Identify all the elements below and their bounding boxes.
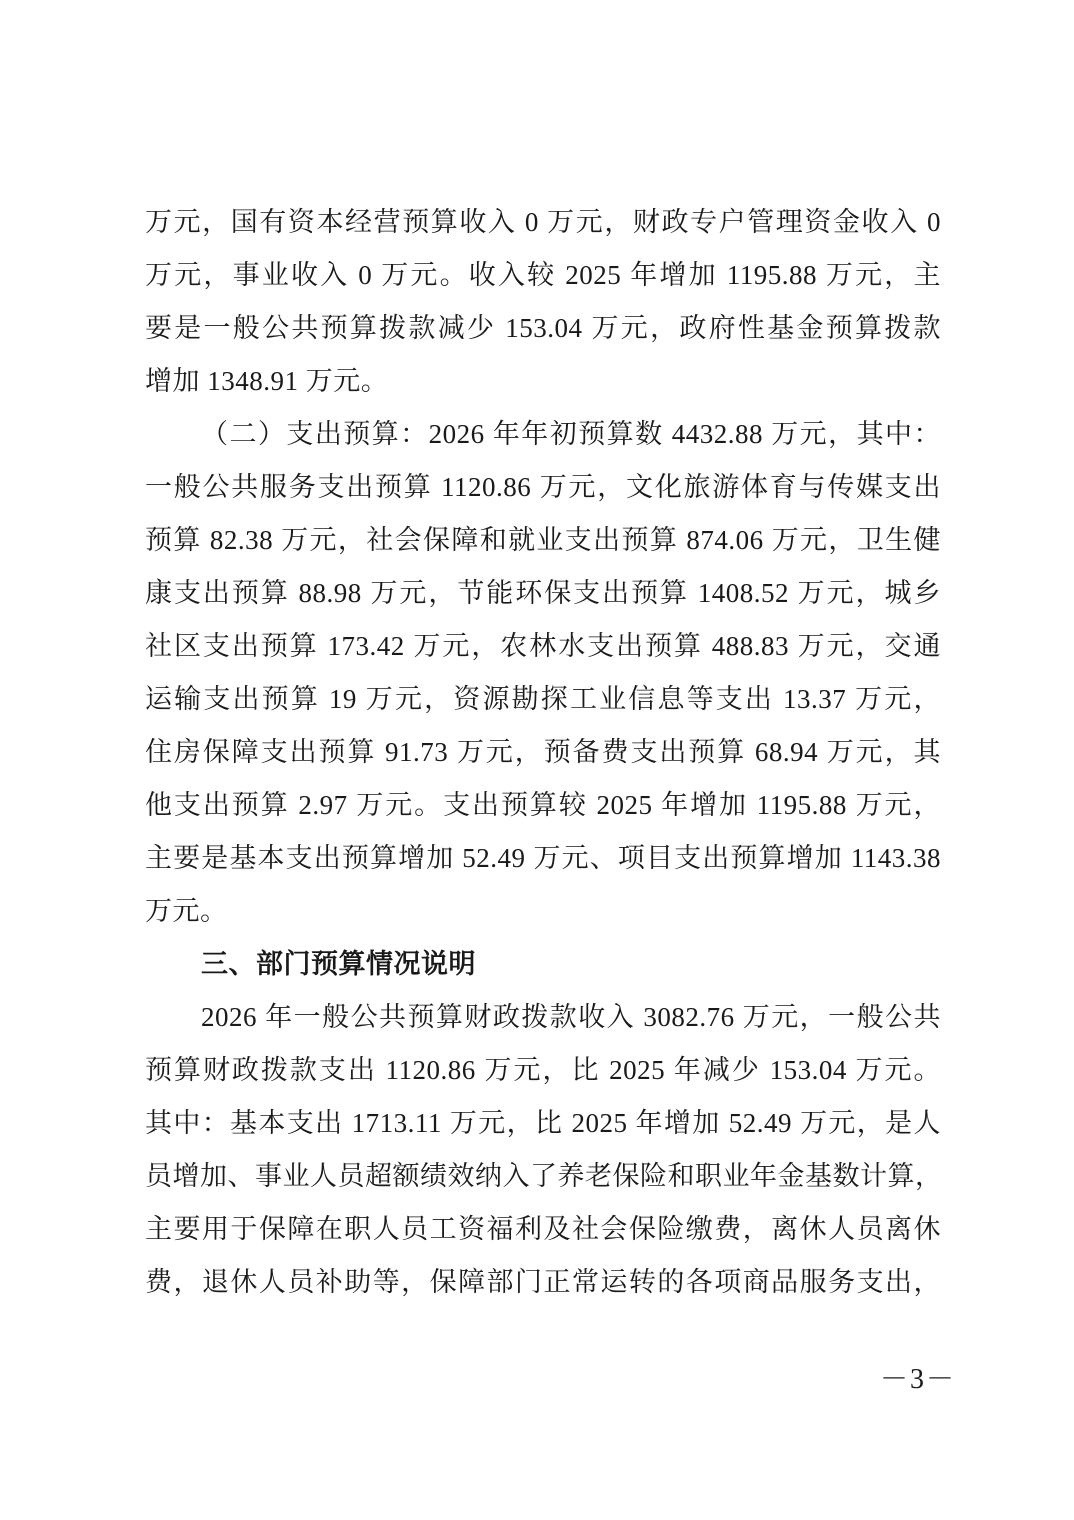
text-line: 万元，事业收入 0 万元。收入较 2025 年增加 1195.88 万元，主 xyxy=(145,249,941,302)
text-line: 其中：基本支出 1713.11 万元，比 2025 年增加 52.49 万元，是… xyxy=(145,1097,941,1150)
paragraph-income-continuation: 万元，国有资本经营预算收入 0 万元，财政专户管理资金收入 0 万元，事业收入 … xyxy=(145,196,941,408)
text-line: 2026 年一般公共预算财政拨款收入 3082.76 万元，一般公共 xyxy=(145,991,941,1044)
text-line: 要是一般公共预算拨款减少 153.04 万元，政府性基金预算拨款 xyxy=(145,302,941,355)
text-line: 预算财政拨款支出 1120.86 万元，比 2025 年减少 153.04 万元… xyxy=(145,1044,941,1097)
text-line: （二）支出预算：2026 年年初预算数 4432.88 万元，其中： xyxy=(145,408,941,461)
text-line: 住房保障支出预算 91.73 万元，预备费支出预算 68.94 万元，其 xyxy=(145,726,941,779)
text-line: 主要是基本支出预算增加 52.49 万元、项目支出预算增加 1143.38 xyxy=(145,832,941,885)
document-page: 万元，国有资本经营预算收入 0 万元，财政专户管理资金收入 0 万元，事业收入 … xyxy=(145,196,941,1309)
text-line: 预算 82.38 万元，社会保障和就业支出预算 874.06 万元，卫生健 xyxy=(145,514,941,567)
text-line: 增加 1348.91 万元。 xyxy=(145,355,941,408)
text-line: 费，退休人员补助等，保障部门正常运转的各项商品服务支出， xyxy=(145,1256,941,1309)
paragraph-general-budget: 2026 年一般公共预算财政拨款收入 3082.76 万元，一般公共 预算财政拨… xyxy=(145,991,941,1309)
text-line: 主要用于保障在职人员工资福利及社会保险缴费，离休人员离休 xyxy=(145,1203,941,1256)
text-line: 一般公共服务支出预算 1120.86 万元，文化旅游体育与传媒支出 xyxy=(145,461,941,514)
page-number: －3－ xyxy=(880,1362,956,1398)
text-line: 社区支出预算 173.42 万元，农林水支出预算 488.83 万元，交通 xyxy=(145,620,941,673)
text-line: 康支出预算 88.98 万元，节能环保支出预算 1408.52 万元，城乡 xyxy=(145,567,941,620)
text-line: 他支出预算 2.97 万元。支出预算较 2025 年增加 1195.88 万元， xyxy=(145,779,941,832)
text-line: 万元，国有资本经营预算收入 0 万元，财政专户管理资金收入 0 xyxy=(145,196,941,249)
section-heading: 三、部门预算情况说明 xyxy=(145,938,941,991)
paragraph-expenditure-budget: （二）支出预算：2026 年年初预算数 4432.88 万元，其中： 一般公共服… xyxy=(145,408,941,938)
text-line: 运输支出预算 19 万元，资源勘探工业信息等支出 13.37 万元， xyxy=(145,673,941,726)
text-line: 员增加、事业人员超额绩效纳入了养老保险和职业年金基数计算， xyxy=(145,1150,941,1203)
text-line: 万元。 xyxy=(145,885,941,938)
